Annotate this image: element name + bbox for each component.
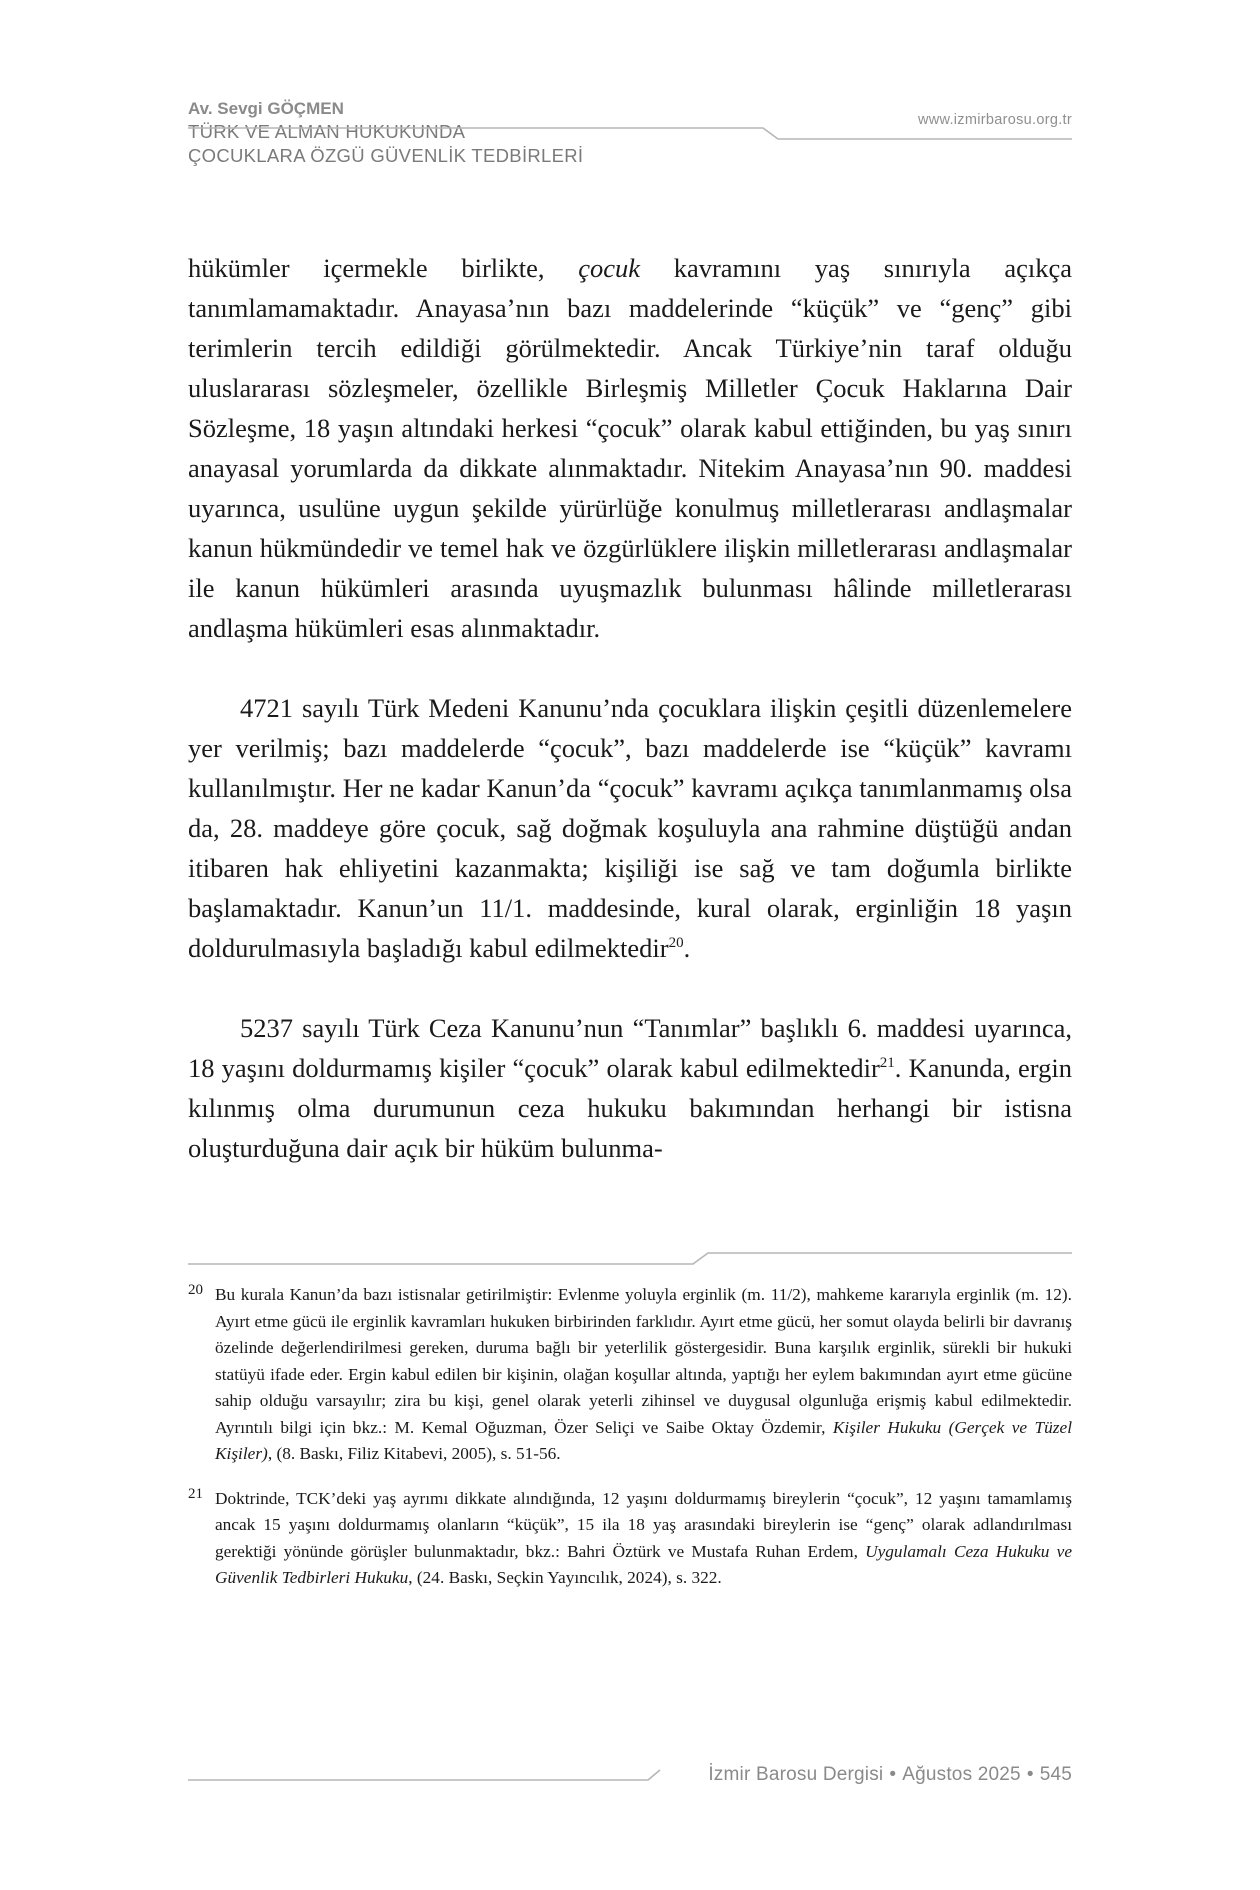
footer-separator: • (1027, 1764, 1034, 1785)
footnote-number: 20 (188, 1277, 203, 1304)
running-footer: İzmir Barosu Dergisi•Ağustos 2025•545 (708, 1764, 1072, 1786)
footnotes-section: 20 Bu kurala Kanun’da bazı istisnalar ge… (188, 1282, 1072, 1592)
journal-name: İzmir Barosu Dergisi (708, 1764, 883, 1785)
emphasis-cocuk: çocuk (578, 253, 640, 283)
issue-date: Ağustos 2025 (902, 1764, 1021, 1785)
footnote-ref-21[interactable]: 21 (880, 1055, 895, 1071)
page-number: 545 (1040, 1764, 1072, 1785)
footnote-number: 21 (188, 1481, 203, 1508)
paragraph-3: 5237 sayılı Türk Ceza Kanunu’nun “Tanıml… (188, 1008, 1072, 1168)
paragraph-1: hükümler içermekle birlikte, çocuk kavra… (188, 248, 1072, 648)
footnote-20: 20 Bu kurala Kanun’da bazı istisnalar ge… (188, 1282, 1072, 1468)
article-title-line-2: ÇOCUKLARA ÖZGÜ GÜVENLİK TEDBİRLERİ (188, 144, 1088, 168)
header-divider-line (188, 123, 1072, 141)
footnote-ref-20[interactable]: 20 (669, 935, 684, 951)
footer-separator: • (889, 1764, 896, 1785)
footnote-21: 21 Doktrinde, TCK’deki yaş ayrımı dikkat… (188, 1486, 1072, 1592)
article-body: hükümler içermekle birlikte, çocuk kavra… (188, 248, 1072, 1168)
paragraph-2: 4721 sayılı Türk Medeni Kanunu’nda çocuk… (188, 688, 1072, 968)
footnote-divider-line (188, 1248, 1072, 1266)
